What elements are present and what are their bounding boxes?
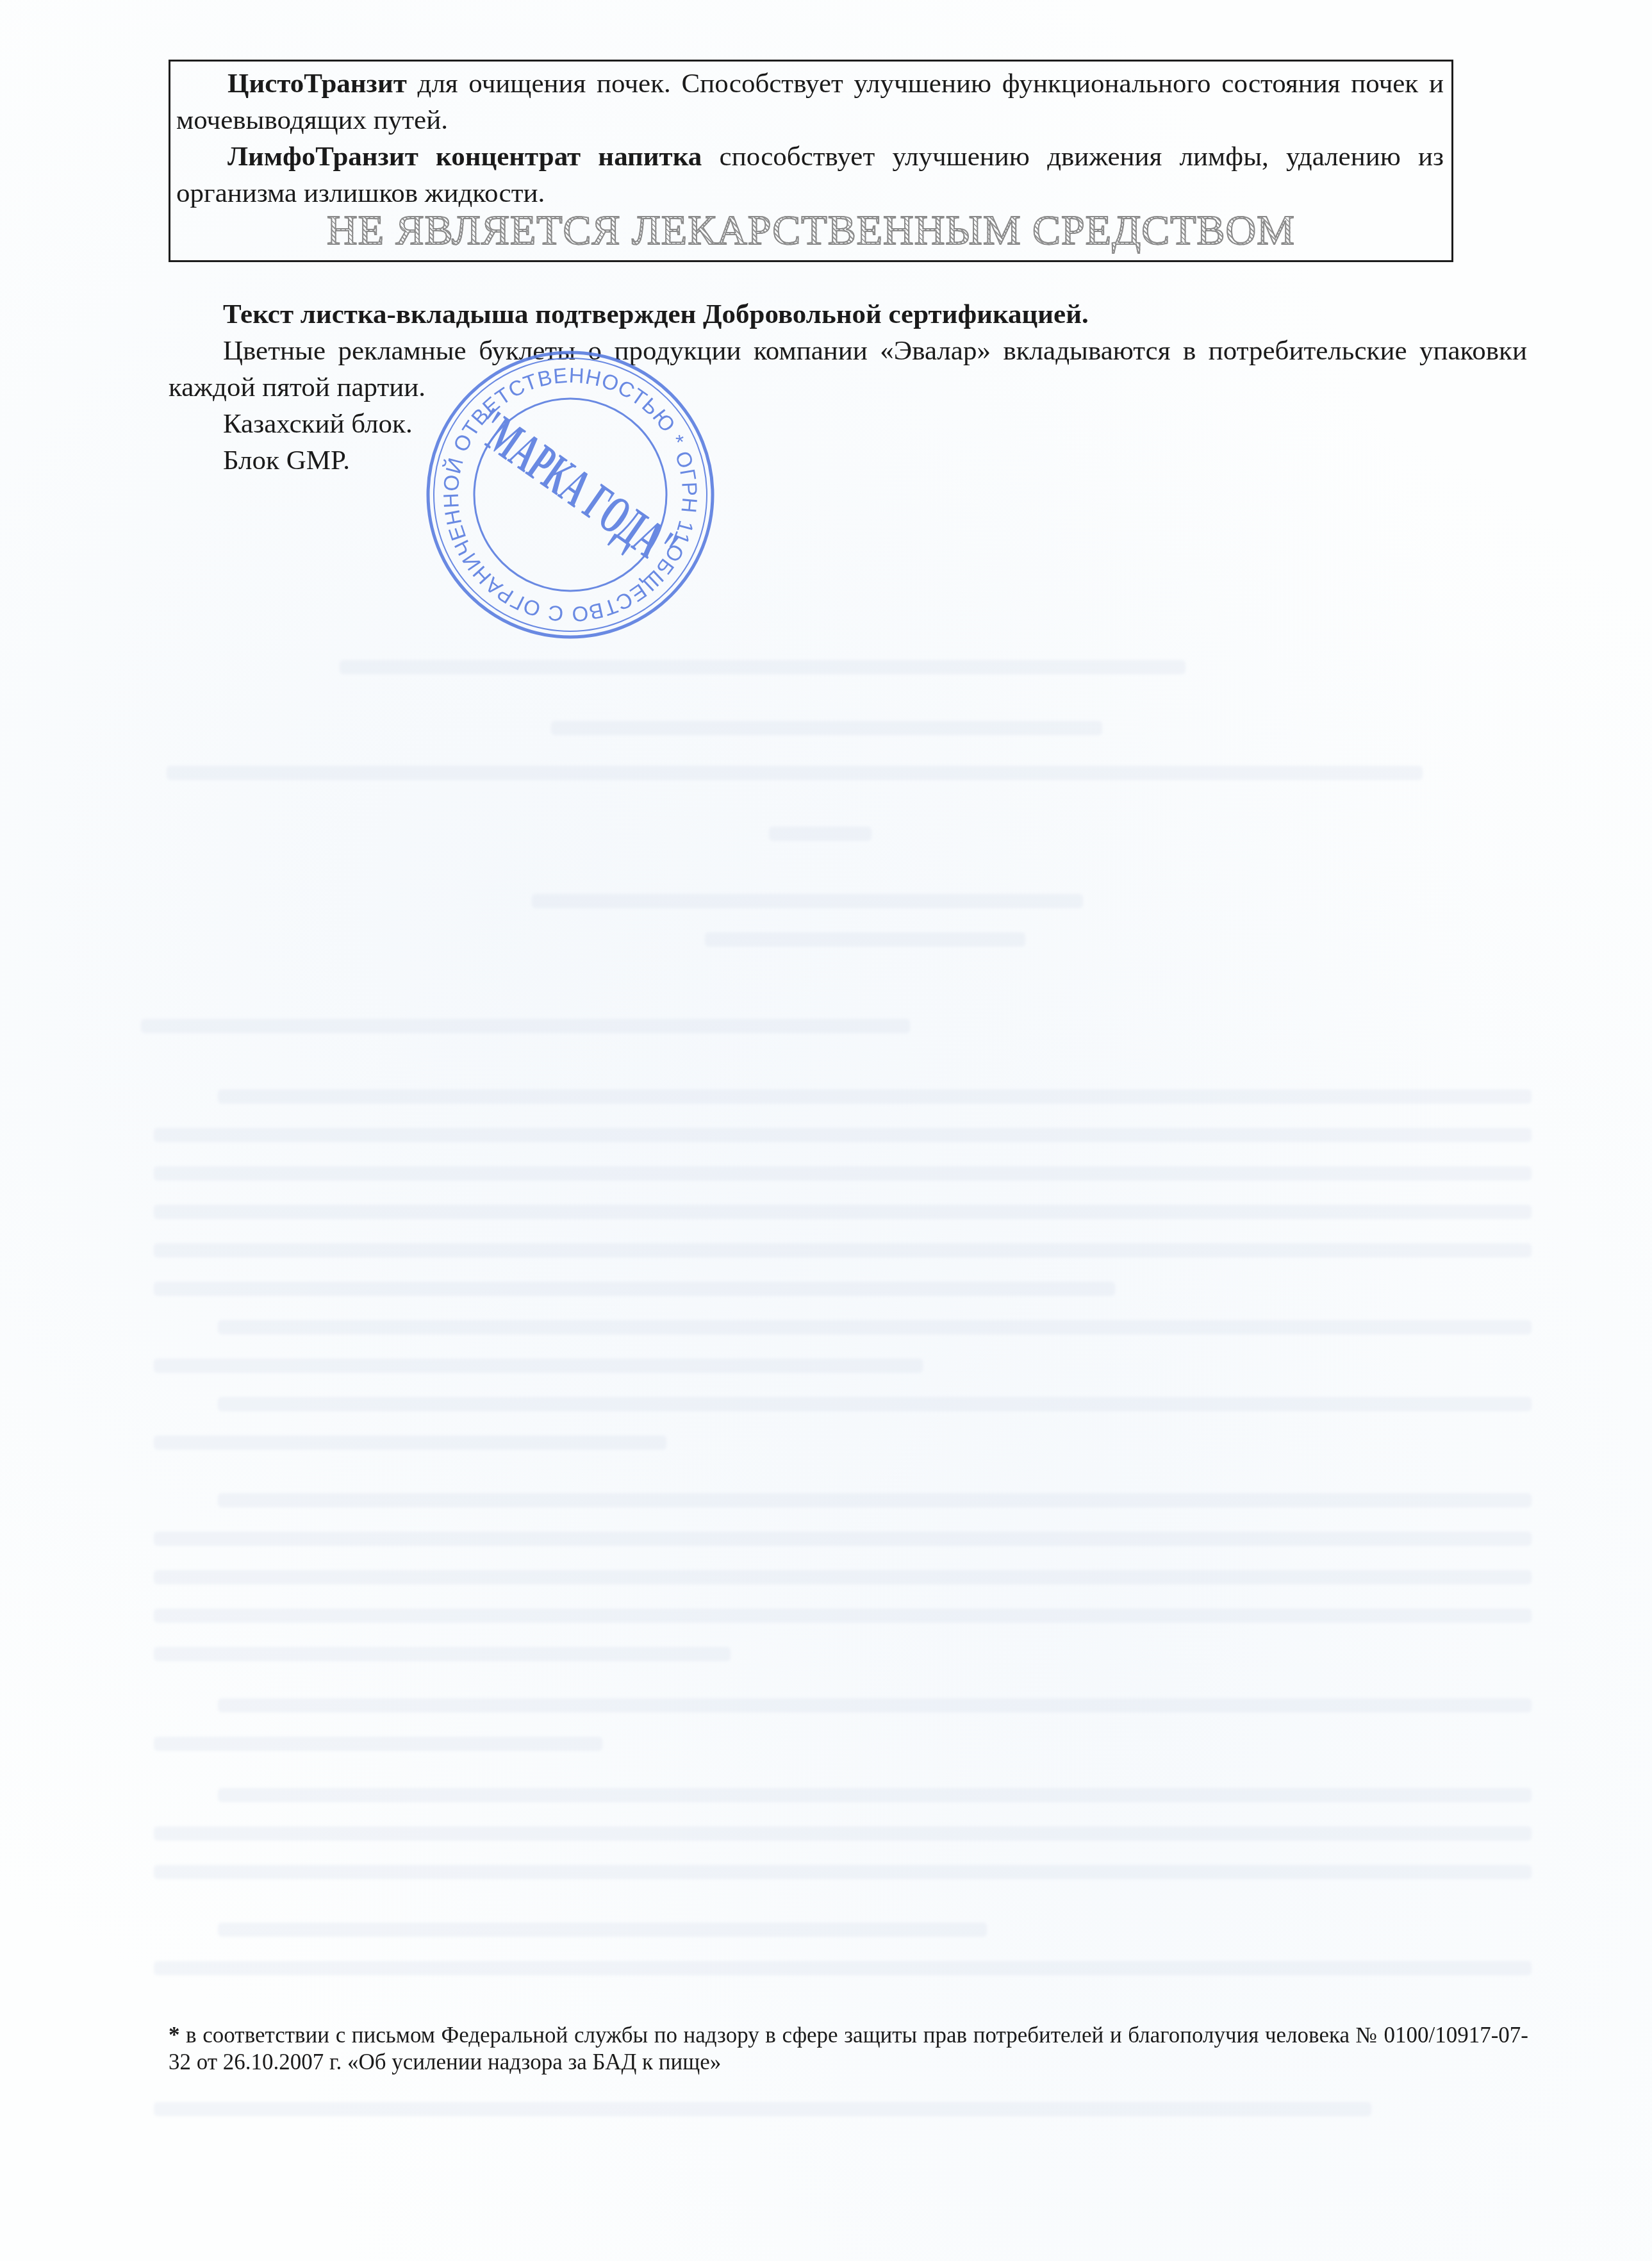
certification-statement: Текст листка-вкладыша подтвержден Добров…	[169, 296, 1527, 333]
bleed-through-line	[154, 1166, 1532, 1180]
bleed-through-line	[532, 894, 1083, 908]
bleed-through-line	[154, 1609, 1532, 1623]
bleed-through-line	[218, 1493, 1532, 1507]
footnote-text: * в соответствии с письмом Федеральной с…	[169, 2022, 1528, 2076]
bleed-through-line	[154, 1205, 1532, 1219]
bleed-through-line	[154, 1532, 1532, 1546]
bleed-through-line	[154, 1243, 1532, 1257]
bleed-through-line	[154, 1570, 1532, 1584]
bleed-through-line	[154, 1436, 666, 1450]
bleed-through-line	[551, 721, 1102, 735]
gmp-block-label: Блок GMP.	[169, 442, 1527, 479]
bleed-through-line	[154, 1128, 1532, 1142]
not-a-medicine-disclaimer: НЕ ЯВЛЯЕТСЯ ЛЕКАРСТВЕННЫМ СРЕДСТВОМ	[170, 206, 1451, 255]
product-notice-box: ЦистоТранзит для очищения почек. Способс…	[169, 60, 1453, 262]
footnote: * в соответствии с письмом Федеральной с…	[169, 2022, 1528, 2076]
bleed-through-line	[218, 1320, 1532, 1334]
lymphotransit-paragraph: ЛимфоТранзит концентрат напитка способст…	[176, 138, 1444, 211]
lymphotransit-name: ЛимфоТранзит концентрат напитка	[227, 142, 702, 172]
company-stamp-icon: ОБЩЕСТВО С ОГРАНИЧЕННОЙ ОТВЕТСТВЕННОСТЬЮ…	[423, 347, 718, 642]
bleed-through-line	[141, 1019, 910, 1033]
bleed-through-line	[218, 1788, 1532, 1802]
cystotransit-name: ЦистоТранзит	[227, 69, 407, 99]
bleed-through-line	[154, 1359, 923, 1373]
bleed-through-line	[218, 1089, 1532, 1104]
bleed-through-line	[154, 1647, 731, 1661]
footnote-marker: *	[169, 2023, 180, 2048]
bleed-through-line	[218, 1698, 1532, 1712]
bleed-through-line	[218, 1923, 987, 1937]
bleed-through-line	[218, 1397, 1532, 1411]
bleed-through-line	[769, 827, 871, 841]
bleed-through-line	[154, 1865, 1532, 1879]
booklets-statement: Цветные рекламные буклеты о продукции ко…	[169, 333, 1527, 406]
document-body: Текст листка-вкладыша подтвержден Добров…	[169, 296, 1527, 479]
bleed-through-line	[340, 660, 1185, 674]
cystotransit-paragraph: ЦистоТранзит для очищения почек. Способс…	[176, 65, 1444, 138]
footnote-body: в соответствии с письмом Федеральной слу…	[169, 2023, 1528, 2075]
bleed-through-line	[154, 1282, 1115, 1296]
bleed-through-line	[154, 2102, 1371, 2116]
bleed-through-line	[154, 1961, 1532, 1975]
bleed-through-line	[167, 766, 1423, 780]
bleed-through-line	[154, 1737, 602, 1751]
kazakh-block-label: Казахский блок.	[169, 406, 1527, 442]
bleed-through-line	[705, 932, 1025, 947]
bleed-through-line	[154, 1826, 1532, 1841]
document-page: ЦистоТранзит для очищения почек. Способс…	[0, 0, 1652, 2261]
